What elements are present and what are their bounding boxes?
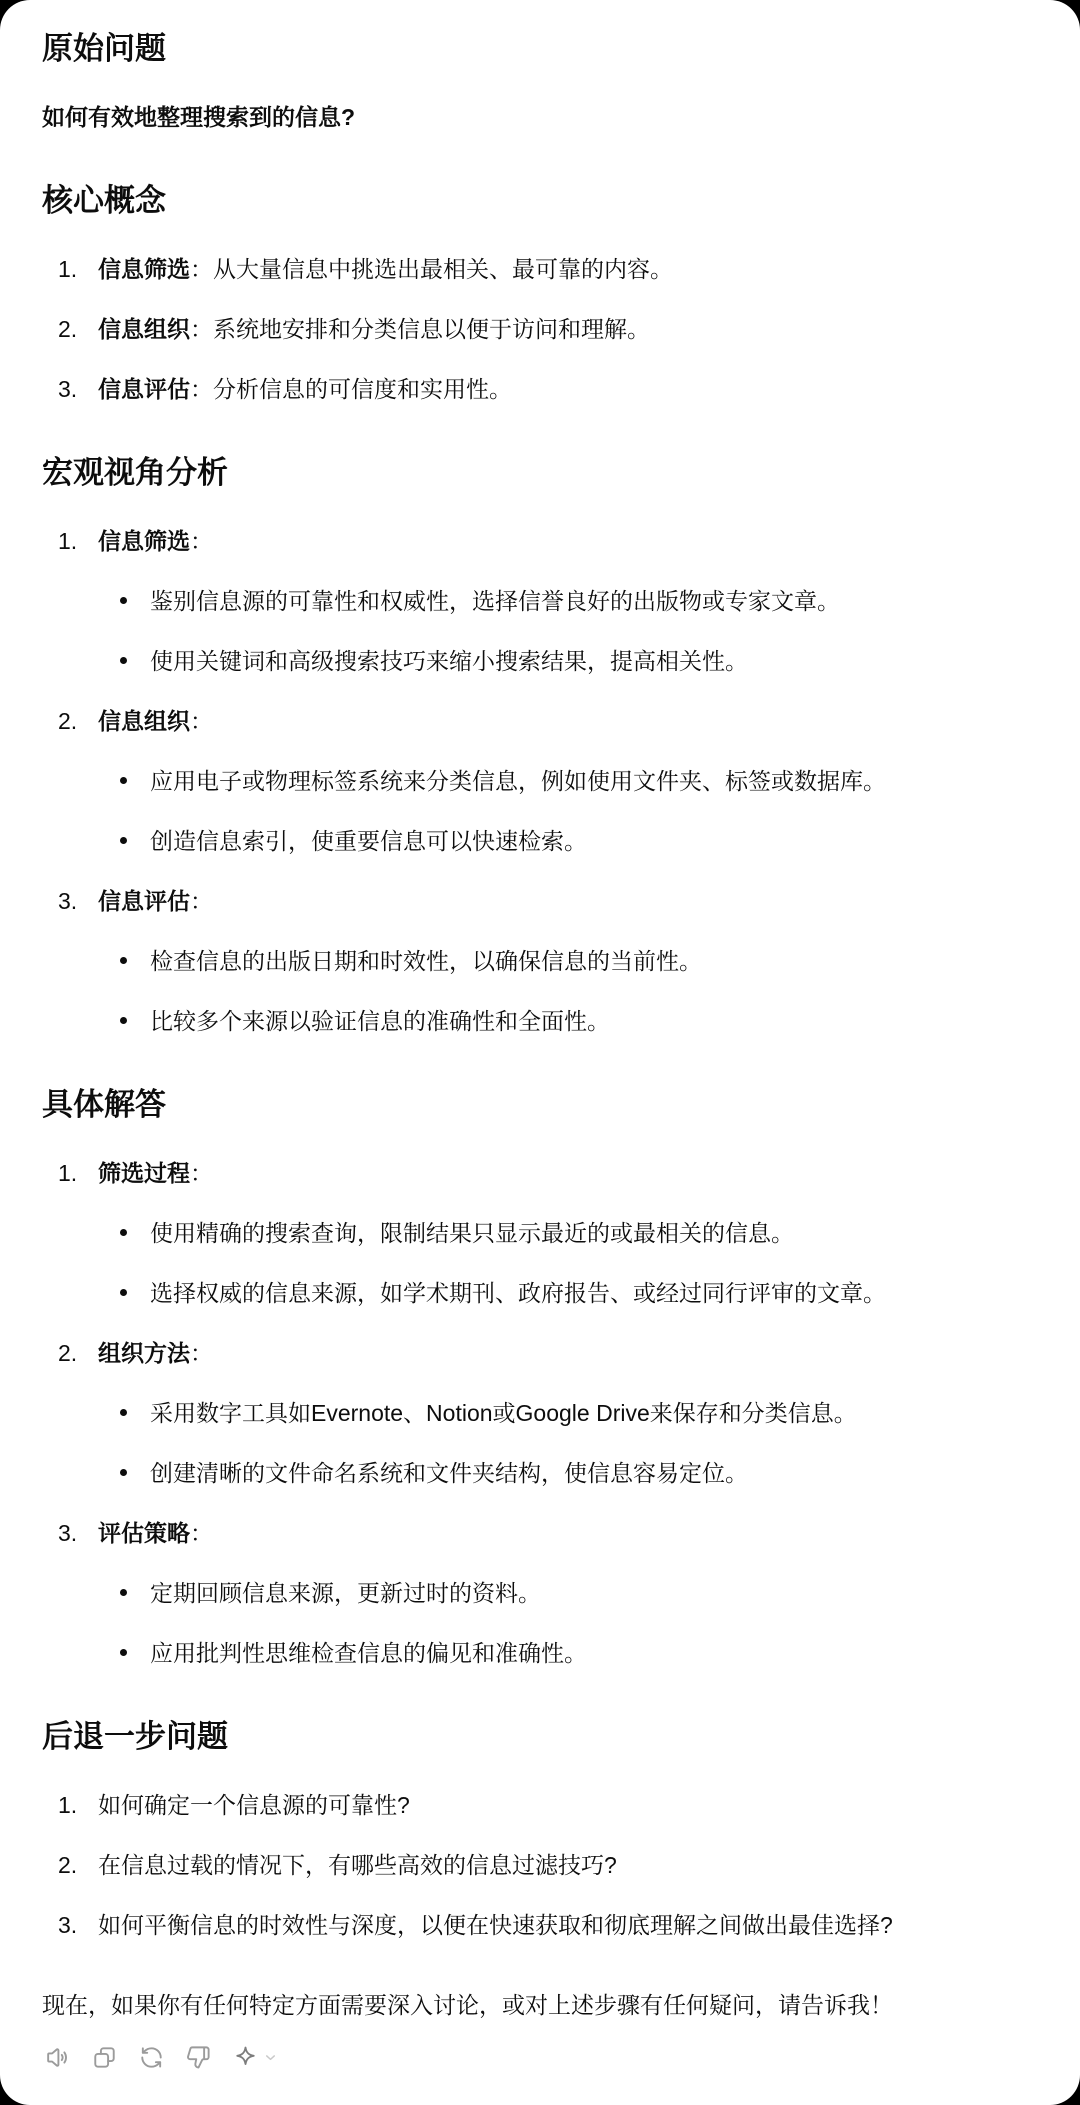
bullet-item: 创建清晰的文件命名系统和文件夹结构，使信息容易定位。 <box>98 1458 1038 1488</box>
bullet-text: 鉴别信息源的可靠性和权威性，选择信誉良好的出版物或专家文章。 <box>150 588 840 614</box>
bullet-item: 应用批判性思维检查信息的偏见和准确性。 <box>98 1638 1038 1668</box>
list-number: 3. <box>58 374 77 404</box>
description: 分析信息的可信度和实用性。 <box>213 376 512 402</box>
read-aloud-icon <box>44 2044 71 2071</box>
list-item: 1.筛选过程： 使用精确的搜索查询，限制结果只显示最近的或最相关的信息。 选择权… <box>42 1158 1038 1308</box>
list-item-text: 如何确定一个信息源的可靠性? <box>98 1792 410 1818</box>
sub-bullet-list: 使用精确的搜索查询，限制结果只显示最近的或最相关的信息。 选择权威的信息来源，如… <box>98 1218 1038 1308</box>
bullet-text: 采用数字工具如Evernote、Notion或Google Drive来保存和分… <box>150 1400 857 1426</box>
bullet-text: 检查信息的出版日期和时效性，以确保信息的当前性。 <box>150 948 702 974</box>
heading-specific-answers: 具体解答 <box>42 1086 1038 1124</box>
chevron-down-icon <box>263 2050 278 2065</box>
closing-paragraph: 现在，如果你有任何特定方面需要深入讨论，或对上述步骤有任何疑问，请告诉我！ <box>42 1990 1038 2020</box>
core-concepts-list: 1.信息筛选：从大量信息中挑选出最相关、最可靠的内容。 2.信息组织：系统地安排… <box>42 254 1038 404</box>
list-item-text: 信息组织：系统地安排和分类信息以便于访问和理解。 <box>98 316 650 342</box>
bullet-text: 比较多个来源以验证信息的准确性和全面性。 <box>150 1008 610 1034</box>
bullet-item: 比较多个来源以验证信息的准确性和全面性。 <box>98 1006 1038 1036</box>
specific-answers-list: 1.筛选过程： 使用精确的搜索查询，限制结果只显示最近的或最相关的信息。 选择权… <box>42 1158 1038 1668</box>
bullet-text: 应用电子或物理标签系统来分类信息，例如使用文件夹、标签或数据库。 <box>150 768 886 794</box>
list-item-text: 信息评估：分析信息的可信度和实用性。 <box>98 376 512 402</box>
assistant-message-card: 原始问题 如何有效地整理搜索到的信息? 核心概念 1.信息筛选：从大量信息中挑选… <box>0 0 1080 2105</box>
list-item: 3.信息评估： 检查信息的出版日期和时效性，以确保信息的当前性。 比较多个来源以… <box>42 886 1038 1036</box>
list-item-text: 信息筛选： <box>98 528 213 554</box>
heading-core-concepts: 核心概念 <box>42 182 1038 220</box>
bullet-dot <box>120 657 127 664</box>
separator: ： <box>190 376 213 402</box>
message-action-toolbar <box>42 2042 1038 2072</box>
step-back-questions-list: 1.如何确定一个信息源的可靠性? 2.在信息过载的情况下，有哪些高效的信息过滤技… <box>42 1790 1038 1940</box>
list-number: 3. <box>58 886 77 916</box>
thumbs-down-button[interactable] <box>185 2042 212 2072</box>
list-item: 2.组织方法： 采用数字工具如Evernote、Notion或Google Dr… <box>42 1338 1038 1488</box>
bullet-text: 创建清晰的文件命名系统和文件夹结构，使信息容易定位。 <box>150 1460 748 1486</box>
sub-bullet-list: 检查信息的出版日期和时效性，以确保信息的当前性。 比较多个来源以验证信息的准确性… <box>98 946 1038 1036</box>
separator: ： <box>190 708 213 734</box>
separator: ： <box>190 1520 213 1546</box>
list-number: 2. <box>58 1338 77 1368</box>
bullet-text: 创造信息索引，使重要信息可以快速检索。 <box>150 828 587 854</box>
list-item-text: 信息评估： <box>98 888 213 914</box>
list-item-text: 筛选过程： <box>98 1160 213 1186</box>
heading-step-back-questions: 后退一步问题 <box>42 1718 1038 1756</box>
bullet-item: 选择权威的信息来源，如学术期刊、政府报告、或经过同行评审的文章。 <box>98 1278 1038 1308</box>
bullet-dot <box>120 1649 127 1656</box>
heading-macro-analysis: 宏观视角分析 <box>42 454 1038 492</box>
bullet-item: 鉴别信息源的可靠性和权威性，选择信誉良好的出版物或专家文章。 <box>98 586 1038 616</box>
sub-bullet-list: 采用数字工具如Evernote、Notion或Google Drive来保存和分… <box>98 1398 1038 1488</box>
list-number: 2. <box>58 314 77 344</box>
sub-bullet-list: 应用电子或物理标签系统来分类信息，例如使用文件夹、标签或数据库。 创造信息索引，… <box>98 766 1038 856</box>
list-number: 3. <box>58 1518 77 1548</box>
list-item-text: 组织方法： <box>98 1340 213 1366</box>
sub-bullet-list: 定期回顾信息来源，更新过时的资料。 应用批判性思维检查信息的偏见和准确性。 <box>98 1578 1038 1668</box>
sparkle-icon <box>232 2044 259 2071</box>
list-item-text: 评估策略： <box>98 1520 213 1546</box>
bullet-item: 创造信息索引，使重要信息可以快速检索。 <box>98 826 1038 856</box>
macro-analysis-list: 1.信息筛选： 鉴别信息源的可靠性和权威性，选择信誉良好的出版物或专家文章。 使… <box>42 526 1038 1036</box>
list-item: 2.信息组织：系统地安排和分类信息以便于访问和理解。 <box>42 314 1038 344</box>
list-item: 2.在信息过载的情况下，有哪些高效的信息过滤技巧? <box>42 1850 1038 1880</box>
list-number: 2. <box>58 706 77 736</box>
list-number: 1. <box>58 254 77 284</box>
bullet-dot <box>120 1409 127 1416</box>
term: 信息评估 <box>98 376 190 402</box>
bullet-item: 定期回顾信息来源，更新过时的资料。 <box>98 1578 1038 1608</box>
term: 信息筛选 <box>98 528 190 554</box>
list-item: 1.如何确定一个信息源的可靠性? <box>42 1790 1038 1820</box>
list-item: 2.信息组织： 应用电子或物理标签系统来分类信息，例如使用文件夹、标签或数据库。… <box>42 706 1038 856</box>
term: 信息评估 <box>98 888 190 914</box>
list-item: 3.信息评估：分析信息的可信度和实用性。 <box>42 374 1038 404</box>
description: 从大量信息中挑选出最相关、最可靠的内容。 <box>213 256 673 282</box>
term: 评估策略 <box>98 1520 190 1546</box>
bullet-item: 应用电子或物理标签系统来分类信息，例如使用文件夹、标签或数据库。 <box>98 766 1038 796</box>
list-number: 2. <box>58 1850 77 1880</box>
term: 信息筛选 <box>98 256 190 282</box>
term: 组织方法 <box>98 1340 190 1366</box>
bullet-dot <box>120 1017 127 1024</box>
copy-icon <box>91 2044 118 2071</box>
sub-bullet-list: 鉴别信息源的可靠性和权威性，选择信誉良好的出版物或专家文章。 使用关键词和高级搜… <box>98 586 1038 676</box>
list-item-text: 在信息过载的情况下，有哪些高效的信息过滤技巧? <box>98 1852 617 1878</box>
bullet-text: 使用精确的搜索查询，限制结果只显示最近的或最相关的信息。 <box>150 1220 794 1246</box>
bullet-dot <box>120 1289 127 1296</box>
separator: ： <box>190 888 213 914</box>
list-number: 1. <box>58 526 77 556</box>
bullet-dot <box>120 1229 127 1236</box>
separator: ： <box>190 528 213 554</box>
bullet-item: 使用精确的搜索查询，限制结果只显示最近的或最相关的信息。 <box>98 1218 1038 1248</box>
heading-original-question: 原始问题 <box>42 30 1038 68</box>
bullet-dot <box>120 837 127 844</box>
separator: ： <box>190 256 213 282</box>
bullet-dot <box>120 1589 127 1596</box>
regenerate-icon <box>138 2044 165 2071</box>
term: 信息组织 <box>98 316 190 342</box>
bullet-item: 检查信息的出版日期和时效性，以确保信息的当前性。 <box>98 946 1038 976</box>
list-item: 1.信息筛选：从大量信息中挑选出最相关、最可靠的内容。 <box>42 254 1038 284</box>
regenerate-button[interactable] <box>138 2042 165 2072</box>
list-number: 3. <box>58 1910 77 1940</box>
list-item: 3.如何平衡信息的时效性与深度，以便在快速获取和彻底理解之间做出最佳选择? <box>42 1910 1038 1940</box>
bullet-item: 使用关键词和高级搜索技巧来缩小搜索结果，提高相关性。 <box>98 646 1038 676</box>
list-item: 1.信息筛选： 鉴别信息源的可靠性和权威性，选择信誉良好的出版物或专家文章。 使… <box>42 526 1038 676</box>
list-item-text: 如何平衡信息的时效性与深度，以便在快速获取和彻底理解之间做出最佳选择? <box>98 1912 893 1938</box>
bullet-dot <box>120 597 127 604</box>
description: 系统地安排和分类信息以便于访问和理解。 <box>213 316 650 342</box>
term: 信息组织 <box>98 708 190 734</box>
model-switcher-button[interactable] <box>232 2042 278 2072</box>
bullet-item: 采用数字工具如Evernote、Notion或Google Drive来保存和分… <box>98 1398 1038 1428</box>
bullet-text: 选择权威的信息来源，如学术期刊、政府报告、或经过同行评审的文章。 <box>150 1280 886 1306</box>
original-question-text: 如何有效地整理搜索到的信息? <box>42 102 1038 132</box>
bullet-text: 应用批判性思维检查信息的偏见和准确性。 <box>150 1640 587 1666</box>
separator: ： <box>190 316 213 342</box>
bullet-dot <box>120 957 127 964</box>
list-number: 1. <box>58 1790 77 1820</box>
list-item: 3.评估策略： 定期回顾信息来源，更新过时的资料。 应用批判性思维检查信息的偏见… <box>42 1518 1038 1668</box>
separator: ： <box>190 1340 213 1366</box>
list-item-text: 信息组织： <box>98 708 213 734</box>
copy-button[interactable] <box>91 2042 118 2072</box>
bullet-dot <box>120 777 127 784</box>
bullet-dot <box>120 1469 127 1476</box>
list-number: 1. <box>58 1158 77 1188</box>
bullet-text: 使用关键词和高级搜索技巧来缩小搜索结果，提高相关性。 <box>150 648 748 674</box>
term: 筛选过程 <box>98 1160 190 1186</box>
thumbs-down-icon <box>185 2044 212 2071</box>
bullet-text: 定期回顾信息来源，更新过时的资料。 <box>150 1580 541 1606</box>
list-item-text: 信息筛选：从大量信息中挑选出最相关、最可靠的内容。 <box>98 256 673 282</box>
separator: ： <box>190 1160 213 1186</box>
read-aloud-button[interactable] <box>44 2042 71 2072</box>
